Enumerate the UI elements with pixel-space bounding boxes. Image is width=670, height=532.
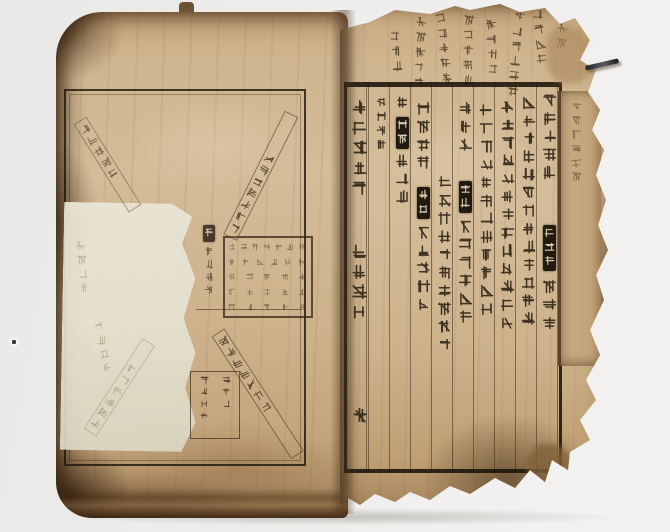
patch-ghost-column (75, 240, 91, 297)
photo-backdrop (0, 0, 670, 532)
text-column (476, 103, 496, 319)
calendar-side-column (203, 225, 215, 298)
text-column (392, 95, 412, 207)
column-segment (521, 95, 536, 329)
column-segment (542, 93, 557, 183)
column-segment (479, 103, 494, 319)
text-column (371, 97, 391, 153)
seed-note-box (190, 371, 240, 439)
left-page (56, 12, 348, 518)
patch-ghost-column (92, 320, 113, 377)
text-columns (347, 87, 559, 469)
annotation-column (412, 16, 428, 92)
right-page (340, 4, 612, 520)
calendar-table (223, 236, 313, 318)
text-column (413, 101, 433, 315)
text-column (455, 101, 475, 327)
calendar-rule-line (196, 309, 302, 310)
reversed-cartouche (396, 117, 409, 149)
text-column (518, 95, 538, 329)
column-segment (376, 97, 387, 153)
repair-patch (60, 202, 202, 452)
table-row (228, 288, 308, 296)
edge-strip-text (571, 101, 582, 185)
annotation-column (461, 14, 476, 89)
side-column-text (204, 246, 214, 298)
reversed-cartouche (543, 225, 556, 271)
table-row (228, 273, 308, 281)
column-segment (416, 225, 431, 315)
gutter-shadow (330, 10, 356, 514)
seed-note-column (222, 375, 231, 435)
column-segment (416, 101, 431, 173)
binding-pin (585, 58, 619, 71)
column-segment (395, 153, 410, 207)
reversed-cartouche (203, 225, 215, 242)
backdrop-speck (12, 340, 16, 344)
page-edge-strip (558, 91, 601, 366)
seed-note-column (200, 375, 209, 435)
annotation-column (434, 12, 454, 88)
column-segment (458, 101, 473, 155)
torn-flap-bottom (528, 444, 574, 496)
column-segment (437, 175, 452, 355)
text-column (434, 175, 454, 355)
reversed-cartouche (459, 181, 472, 213)
column-segment (395, 95, 410, 113)
torn-flap-top (546, 26, 594, 84)
annotation-column (388, 30, 403, 76)
page-stack-edge (56, 488, 348, 518)
right-print-frame (344, 82, 562, 473)
table-row (228, 258, 308, 266)
column-segment (458, 219, 473, 327)
column-segment (500, 99, 515, 333)
table-row (228, 243, 308, 251)
column-segment (542, 279, 557, 333)
annotation-column (484, 18, 499, 79)
reversed-cartouche (417, 187, 430, 219)
text-column (497, 99, 517, 333)
text-column (539, 93, 559, 333)
